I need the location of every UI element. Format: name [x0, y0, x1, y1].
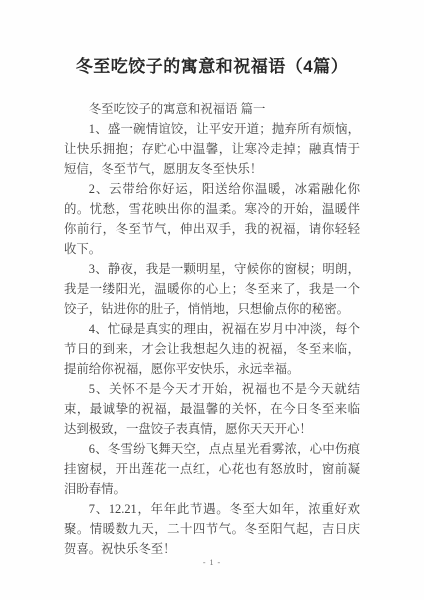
paragraph-2: 2、云带给你好运，阳送给你温暖，冰霜融化你的。忧愁，雪花映出你的温柔。寒冷的开始…	[64, 179, 360, 259]
page-title: 冬至吃饺子的寓意和祝福语（4篇）	[0, 0, 424, 78]
document-page: 冬至吃饺子的寓意和祝福语（4篇） 冬至吃饺子的寓意和祝福语 篇一 1、盛一碗情谊…	[0, 0, 424, 600]
paragraph-4: 4、忙碌是真实的理由，祝福在岁月中冲淡，每个节日的到来，才会让我想起久违的祝福，…	[64, 319, 360, 379]
page-number: - 1 -	[0, 558, 424, 567]
document-body: 冬至吃饺子的寓意和祝福语 篇一 1、盛一碗情谊饺，让平安开道；抛弃所有烦恼，让快…	[64, 99, 360, 559]
paragraph-6: 6、冬雪纷飞舞天空，点点星光看雾浓，心中伤痕挂窗棂，开出莲花一点红，心花也有怒放…	[64, 439, 360, 499]
paragraph-5: 5、关怀不是今天才开始，祝福也不是今天就结束，最诚挚的祝福，最温馨的关怀，在今日…	[64, 379, 360, 439]
paragraph-7: 7、12.21，年年此节遇。冬至大如年，浓重好欢聚。情暖数九天，二十四节气。冬至…	[64, 499, 360, 559]
paragraph-3: 3、静夜，我是一颗明星，守候你的窗棂；明朗，我是一缕阳光，温暖你的心上；冬至来了…	[64, 259, 360, 319]
paragraph-1: 1、盛一碗情谊饺，让平安开道；抛弃所有烦恼，让快乐拥抱；存贮心中温馨，让寒冷走掉…	[64, 119, 360, 179]
section-heading: 冬至吃饺子的寓意和祝福语 篇一	[64, 99, 360, 119]
